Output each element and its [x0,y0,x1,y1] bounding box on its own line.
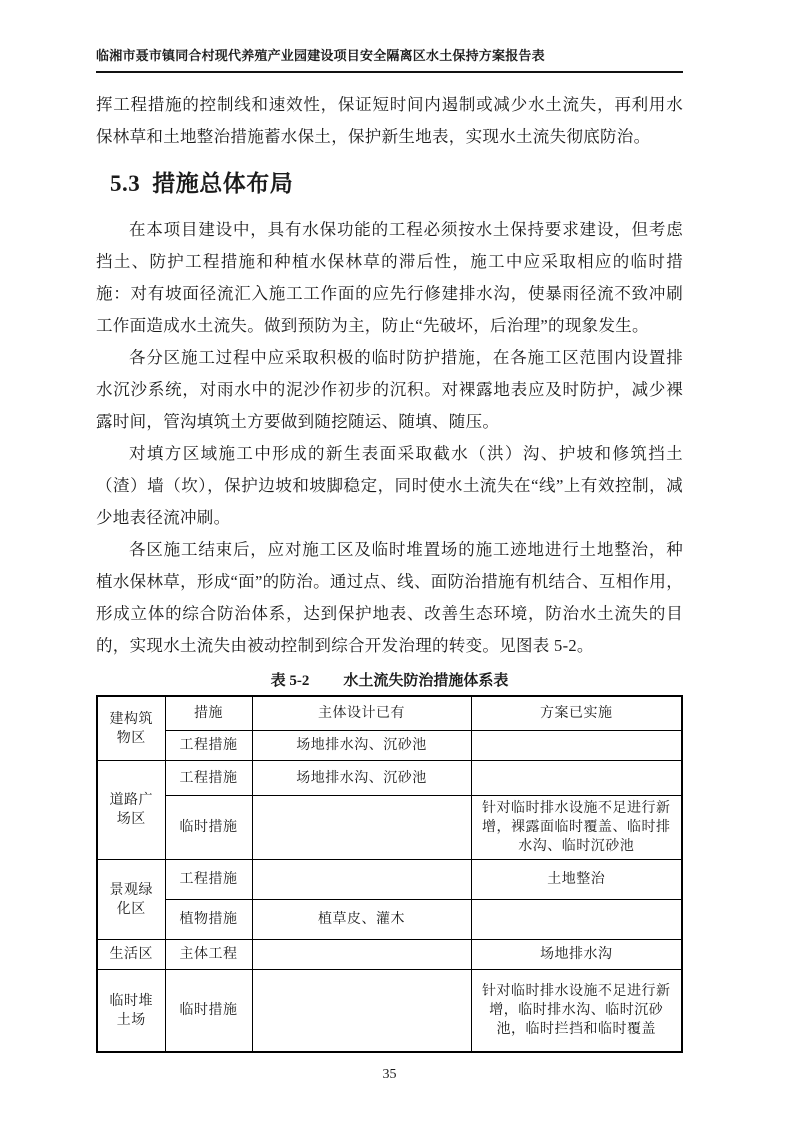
document-body: 挥工程措施的控制线和速效性，保证短时间内遏制或减少水土流失，再利用水保林草和土地… [96,89,683,1083]
zone-cell: 道路广 场区 [97,761,165,860]
measure-cell: 工程措施 [165,761,252,796]
table-row: 生活区 主体工程 场地排水沟 [97,940,682,970]
table-row: 道路广 场区 工程措施 场地排水沟、沉砂池 [97,761,682,796]
implemented-cell: 针对临时排水设施不足进行新增，裸露面临时覆盖、临时排水沟、临时沉砂池 [471,796,682,860]
design-cell: 植草皮、灌木 [252,900,471,940]
implemented-cell [471,731,682,761]
design-cell [252,940,471,970]
table-row: 植物措施 植草皮、灌木 [97,900,682,940]
measure-cell: 临时措施 [165,970,252,1052]
section-number: 5.3 [110,171,140,196]
measure-cell: 工程措施 [165,731,252,761]
zone-cell: 建构筑 物区 [97,696,165,761]
zone-cell: 生活区 [97,940,165,970]
paragraph: 各分区施工过程中应采取积极的临时防护措施，在各施工区范围内设置排水沉沙系统，对雨… [96,342,683,438]
measure-cell: 植物措施 [165,900,252,940]
implemented-cell: 针对临时排水设施不足进行新增，临时排水沟、临时沉砂池，临时拦挡和临时覆盖 [471,970,682,1052]
design-cell [252,860,471,900]
page-number: 35 [96,1067,683,1083]
implemented-cell: 土地整治 [471,860,682,900]
implemented-cell [471,761,682,796]
table-row: 临时堆 土场 临时措施 针对临时排水设施不足进行新增，临时排水沟、临时沉砂池，临… [97,970,682,1052]
measure-cell: 措施 [165,696,252,731]
zone-cell: 景观绿 化区 [97,860,165,940]
paragraph: 对填方区域施工中形成的新生表面采取截水（洪）沟、护坡和修筑挡土（渣）墙（坎），保… [96,438,683,534]
paragraph: 各区施工结束后，应对施工区及临时堆置场的施工迹地进行土地整治，种植水保林草，形成… [96,534,683,662]
table-caption-label: 表 5-2 [271,673,310,689]
document-header: 临湘市聂市镇同合村现代养殖产业园建设项目安全隔离区水土保持方案报告表 [96,48,683,73]
design-cell: 场地排水沟、沉砂池 [252,761,471,796]
measure-cell: 工程措施 [165,860,252,900]
measures-table: 建构筑 物区 措施 主体设计已有 方案已实施 工程措施 场地排水沟、沉砂池 道路… [96,695,683,1053]
measure-cell: 主体工程 [165,940,252,970]
design-cell [252,796,471,860]
measure-cell: 临时措施 [165,796,252,860]
implemented-cell [471,900,682,940]
zone-cell: 临时堆 土场 [97,970,165,1052]
table-row: 建构筑 物区 措施 主体设计已有 方案已实施 [97,696,682,731]
paragraph-continuation: 挥工程措施的控制线和速效性，保证短时间内遏制或减少水土流失，再利用水保林草和土地… [96,89,683,153]
header-title: 临湘市聂市镇同合村现代养殖产业园建设项目安全隔离区水土保持方案报告表 [96,48,545,63]
design-cell: 主体设计已有 [252,696,471,731]
design-cell [252,970,471,1052]
section-heading: 5.3措施总体布局 [110,169,683,199]
table-row: 工程措施 场地排水沟、沉砂池 [97,731,682,761]
implemented-cell: 方案已实施 [471,696,682,731]
document-page: 临湘市聂市镇同合村现代养殖产业园建设项目安全隔离区水土保持方案报告表 挥工程措施… [0,0,793,1122]
design-cell: 场地排水沟、沉砂池 [252,731,471,761]
table-row: 景观绿 化区 工程措施 土地整治 [97,860,682,900]
section-title: 措施总体布局 [152,171,293,196]
implemented-cell: 场地排水沟 [471,940,682,970]
table-caption: 表 5-2水土流失防治措施体系表 [96,670,683,692]
paragraph: 在本项目建设中，具有水保功能的工程必须按水土保持要求建设，但考虑挡土、防护工程措… [96,214,683,342]
table-caption-title: 水土流失防治措施体系表 [343,673,508,689]
table-row: 临时措施 针对临时排水设施不足进行新增，裸露面临时覆盖、临时排水沟、临时沉砂池 [97,796,682,860]
